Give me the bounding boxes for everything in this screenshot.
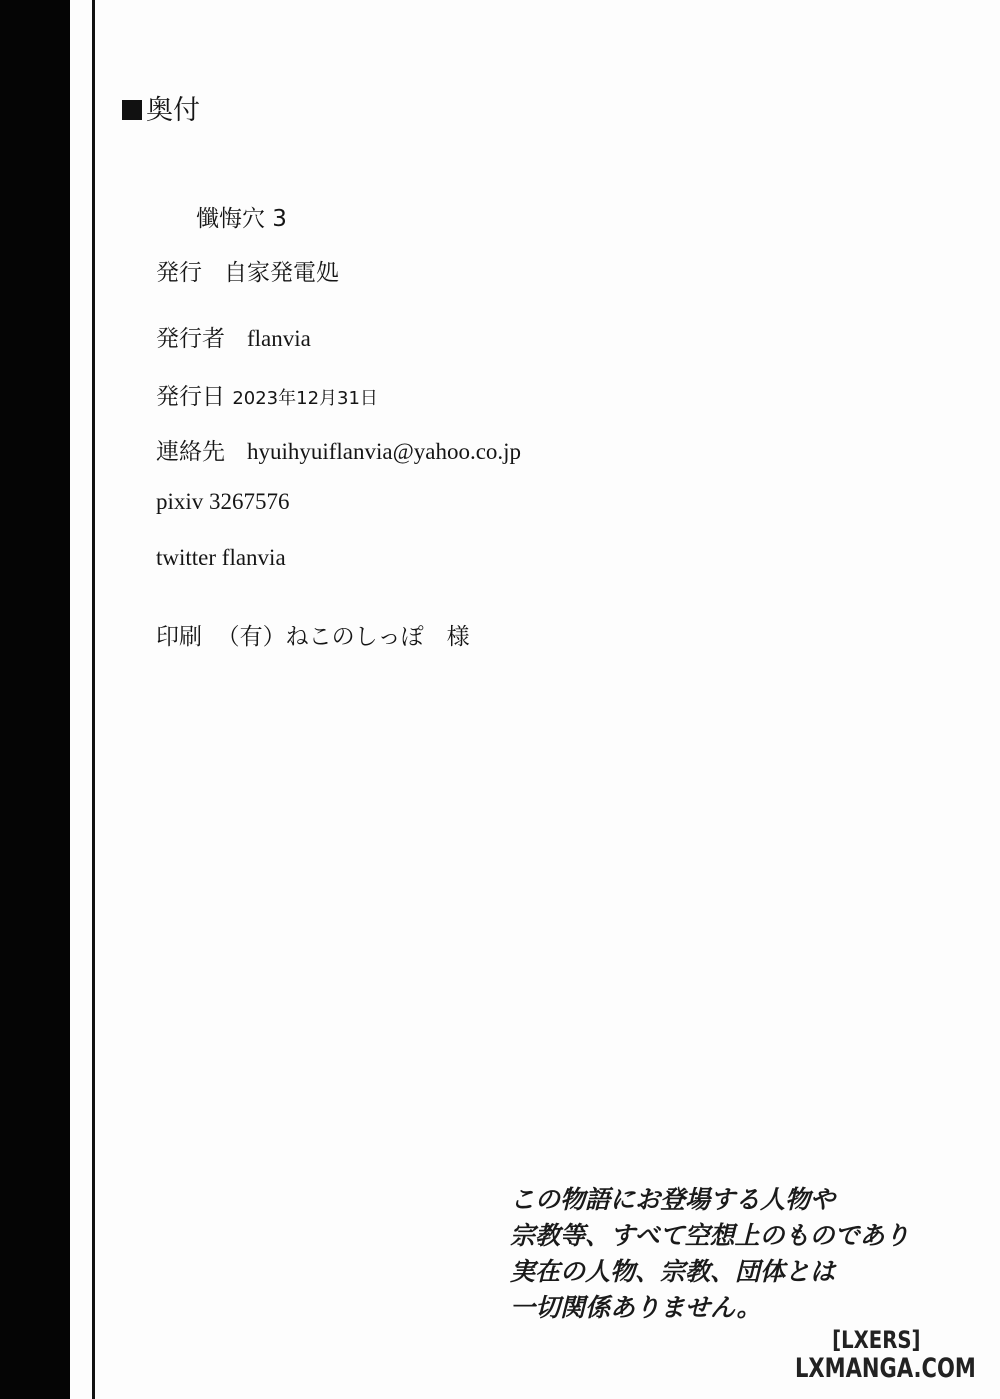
disclaimer-line: 一切関係ありません。 (510, 1290, 910, 1326)
page-edge-black-bar (0, 0, 70, 1399)
entry-issuer: 発行者 flanvia (156, 324, 311, 354)
entry-twitter: twitter flanvia (156, 543, 286, 573)
entry-value: 自家発電処 (224, 260, 339, 286)
watermark: [LXERS] LXMANGA.COM (744, 1326, 976, 1384)
entry-label: pixiv (156, 489, 203, 514)
disclaimer-line: 実在の人物、宗教、団体とは (510, 1254, 910, 1290)
entry-label: 発行 (156, 258, 202, 288)
entry-value: （有）ねこのしっぽ 様 (217, 624, 470, 650)
colophon-heading: 奥付 (122, 94, 200, 128)
entry-label: 発行者 (156, 324, 225, 354)
watermark-group: [LXERS] (765, 1326, 955, 1354)
entry-printer: 印刷 （有）ねこのしっぽ 様 (156, 622, 470, 652)
disclaimer-line: 宗教等、すべて空想上のものであり (510, 1218, 910, 1254)
entry-label: 印刷 (156, 622, 202, 652)
entry-publisher: 発行 自家発電処 (156, 258, 339, 288)
entry-value: 3267576 (209, 489, 290, 514)
watermark-site: LXMANGA.COM (795, 1354, 976, 1384)
entry-value: flanvia (247, 326, 311, 351)
entry-value: 2023年12月31日 (232, 388, 378, 409)
entry-label: 連絡先 (156, 437, 225, 467)
entry-pixiv: pixiv 3267576 (156, 487, 290, 517)
entry-label: twitter (156, 545, 216, 570)
entry-date: 発行日 2023年12月31日 (156, 382, 378, 414)
gutter-line (92, 0, 95, 1399)
book-title: 懺悔穴 3 (196, 204, 287, 234)
entry-label: 発行日 (156, 382, 225, 412)
entry-value: hyuihyuiflanvia@yahoo.co.jp (247, 439, 521, 464)
disclaimer-line: この物語にお登場する人物や (510, 1182, 910, 1218)
square-marker-icon (122, 100, 142, 120)
entry-value: flanvia (222, 545, 286, 570)
disclaimer: この物語にお登場する人物や 宗教等、すべて空想上のものであり 実在の人物、宗教、… (510, 1182, 910, 1326)
entry-contact: 連絡先 hyuihyuiflanvia@yahoo.co.jp (156, 437, 521, 467)
heading-label: 奥付 (146, 95, 200, 126)
